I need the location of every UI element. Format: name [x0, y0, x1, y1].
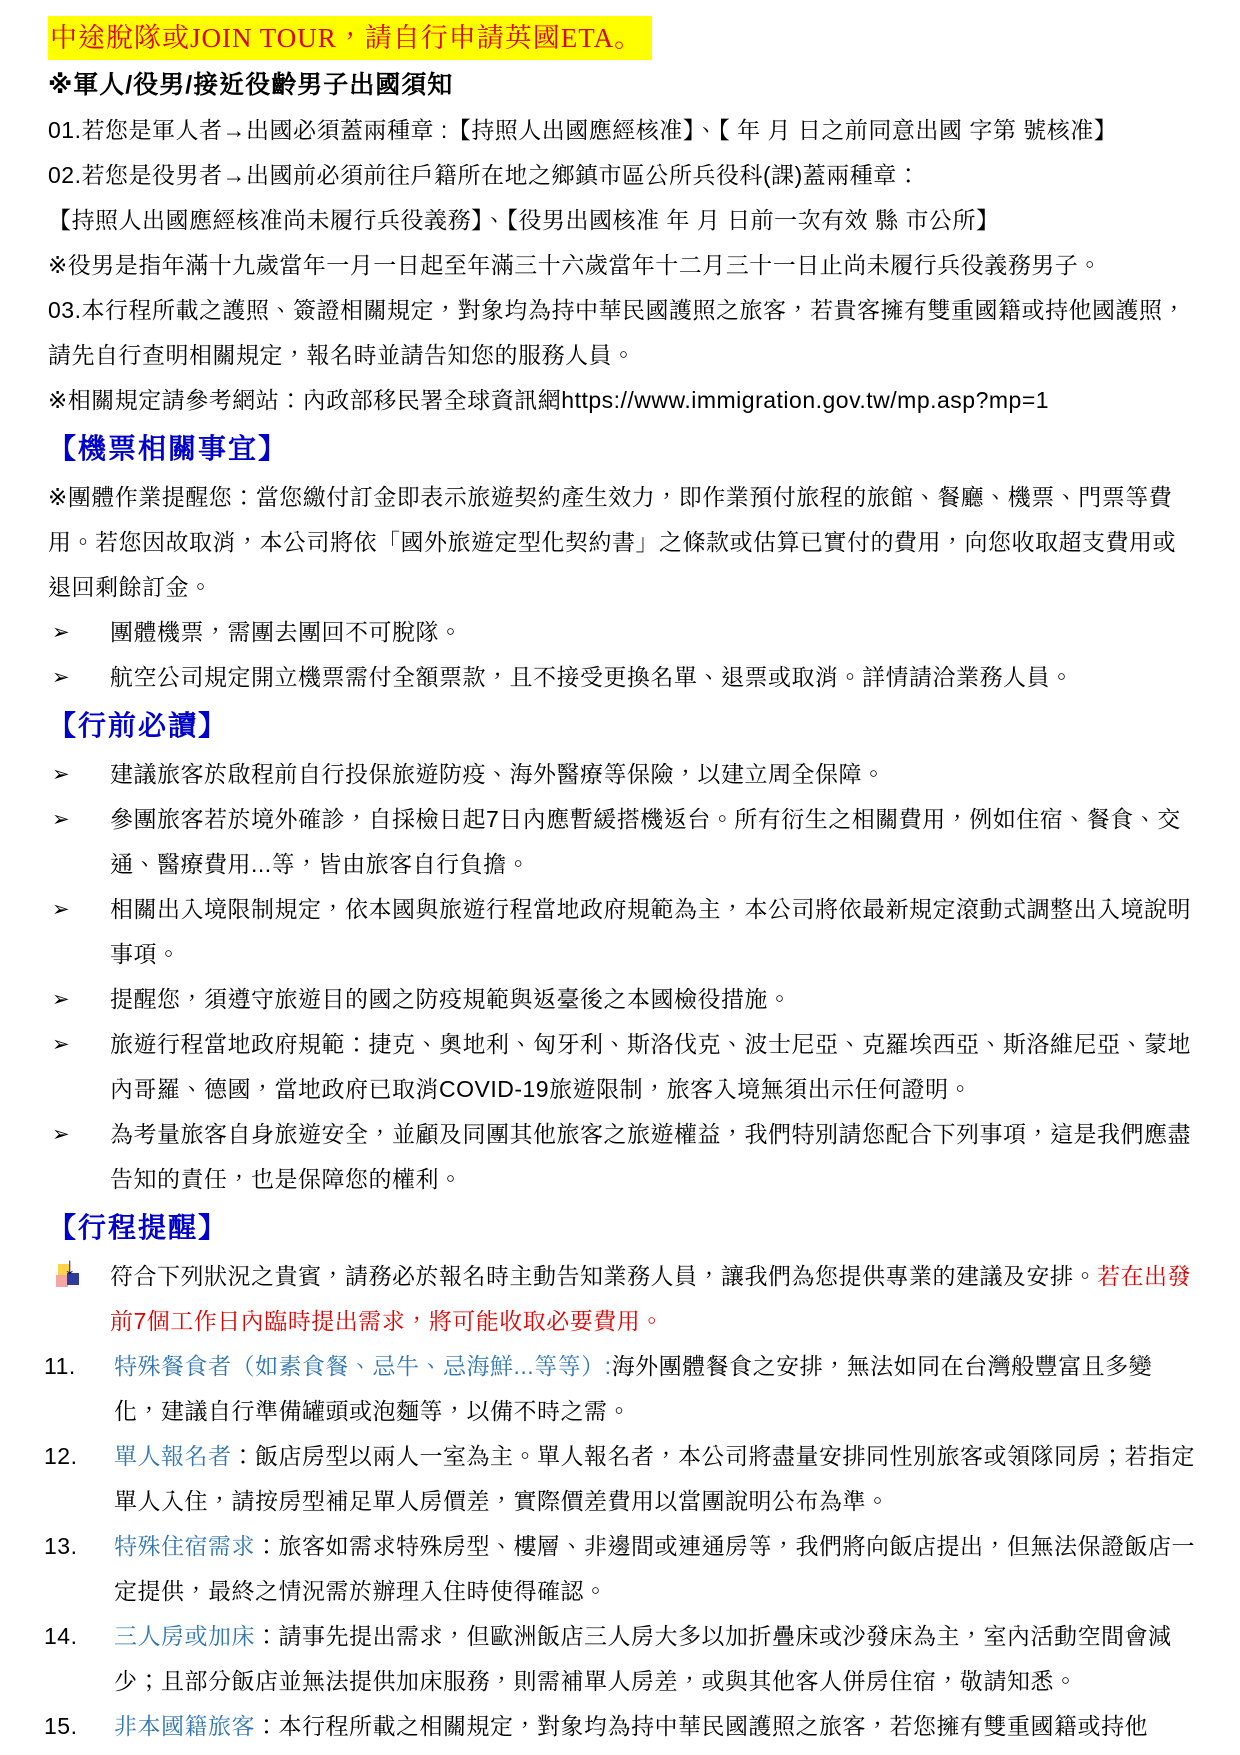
reminder-item-14-text: ：請事先提出需求，但歐洲飯店三人房大多以加折疊床或沙發床為主，室內活動空間會減少…	[114, 1623, 1172, 1694]
arrow-bullet-icon: ➢	[52, 1112, 70, 1157]
reminders-notice: ↓ 符合下列狀況之貴賓，請務必於報名時主動告知業務人員，讓我們為您提供專業的建議…	[48, 1254, 1198, 1344]
reminder-item-11-number: 11.	[44, 1344, 76, 1389]
reminder-item-15-label: 非本國籍旅客	[114, 1713, 255, 1739]
reminder-item-14-label: 三人房或加床	[114, 1623, 255, 1649]
predeparture-bullet-3: ➢ 相關出入境限制規定，依本國與旅遊行程當地政府規範為主，本公司將依最新規定滾動…	[48, 887, 1198, 977]
reminder-item-15: 15. 非本國籍旅客：本行程所載之相關規定，對象均為持中華民國護照之旅客，若您擁…	[48, 1704, 1198, 1749]
reminder-item-14: 14. 三人房或加床：請事先提出需求，但歐洲飯店三人房大多以加折疊床或沙發床為主…	[48, 1614, 1198, 1704]
arrow-bullet-icon: ➢	[52, 655, 70, 700]
arrow-bullet-icon: ➢	[52, 752, 70, 797]
predeparture-section-heading: 【行前必讀】	[48, 700, 1198, 752]
military-para-04: ※役男是指年滿十九歲當年一月一日起至年滿三十六歲當年十二月三十一日止尚未履行兵役…	[48, 243, 1198, 288]
predeparture-bullet-1: ➢ 建議旅客於啟程前自行投保旅遊防疫、海外醫療等保險，以建立周全保障。	[48, 752, 1198, 797]
military-section-heading: ※軍人/役男/接近役齡男子出國須知	[48, 64, 1198, 106]
predeparture-bullet-1-text: 建議旅客於啟程前自行投保旅遊防疫、海外醫療等保險，以建立周全保障。	[110, 761, 886, 787]
reminder-item-13-text: ：旅客如需求特殊房型、樓層、非邊間或連通房等，我們將向飯店提出，但無法保證飯店一…	[114, 1533, 1195, 1604]
predeparture-bullet-5: ➢ 旅遊行程當地政府規範：捷克、奧地利、匈牙利、斯洛伐克、波士尼亞、克羅埃西亞、…	[48, 1022, 1198, 1112]
reminder-item-15-text: ：本行程所載之相關規定，對象均為持中華民國護照之旅客，若您擁有雙重國籍或持他	[255, 1713, 1148, 1739]
ticket-bullet-1: ➢ 團體機票，需團去團回不可脫隊。	[48, 610, 1198, 655]
reminder-item-13: 13. 特殊住宿需求：旅客如需求特殊房型、樓層、非邊間或連通房等，我們將向飯店提…	[48, 1524, 1198, 1614]
ticket-bullet-2: ➢ 航空公司規定開立機票需付全額票款，且不接受更換名單、退票或取消。詳情請洽業務…	[48, 655, 1198, 700]
reminder-item-12-text: ：飯店房型以兩人一室為主。單人報名者，本公司將盡量安排同性別旅客或領隊同房；若指…	[114, 1443, 1195, 1514]
ticket-intro-para: ※團體作業提醒您：當您繳付訂金即表示旅遊契約產生效力，即作業預付旅程的旅館、餐廳…	[48, 475, 1198, 610]
reminders-section-heading: 【行程提醒】	[48, 1202, 1198, 1254]
reminder-item-13-label: 特殊住宿需求	[114, 1533, 255, 1559]
ticket-bullet-1-text: 團體機票，需團去團回不可脫隊。	[110, 619, 463, 645]
ticket-bullet-2-text: 航空公司規定開立機票需付全額票款，且不接受更換名單、退票或取消。詳情請洽業務人員…	[110, 664, 1074, 690]
predeparture-bullet-4: ➢ 提醒您，須遵守旅遊目的國之防疫規範與返臺後之本國檢役措施。	[48, 977, 1198, 1022]
arrow-bullet-icon: ➢	[52, 977, 70, 1022]
arrow-bullet-icon: ➢	[52, 1022, 70, 1067]
predeparture-bullet-2-text: 參團旅客若於境外確診，自採檢日起7日內應暫緩搭機返台。所有衍生之相關費用，例如住…	[110, 806, 1181, 877]
military-para-02: 02.若您是役男者→出國前必須前往戶籍所在地之鄉鎮市區公所兵役科(課)蓋兩種章：	[48, 153, 1198, 198]
eta-banner: 中途脫隊或JOIN TOUR，請自行申請英國ETA。	[48, 16, 652, 60]
arrow-bullet-icon: ➢	[52, 610, 70, 655]
military-para-05: 03.本行程所載之護照、簽證相關規定，對象均為持中華民國護照之旅客，若貴客擁有雙…	[48, 288, 1198, 378]
reminder-item-15-number: 15.	[44, 1704, 77, 1749]
military-para-03: 【持照人出國應經核准尚未履行兵役義務】、【役男出國核准 年 月 日前一次有效 縣…	[48, 198, 1198, 243]
military-para-01: 01.若您是軍人者→出國必須蓋兩種章 :【持照人出國應經核准】、【 年 月 日之…	[48, 108, 1198, 153]
reminder-item-11: 11. 特殊餐食者（如素食餐、忌牛、忌海鮮...等等）:海外團體餐食之安排，無法…	[48, 1344, 1198, 1434]
predeparture-bullet-4-text: 提醒您，須遵守旅遊目的國之防疫規範與返臺後之本國檢役措施。	[110, 986, 792, 1012]
reminder-item-13-number: 13.	[44, 1524, 77, 1569]
arrow-bullet-icon: ➢	[52, 797, 70, 842]
predeparture-bullet-3-text: 相關出入境限制規定，依本國與旅遊行程當地政府規範為主，本公司將依最新規定滾動式調…	[110, 896, 1191, 967]
down-arrow-icon: ↓	[56, 1264, 82, 1290]
military-para-06-immigration-url: ※相關規定請參考網站：內政部移民署全球資訊網https://www.immigr…	[48, 378, 1198, 423]
reminders-notice-text: 符合下列狀況之貴賓，請務必於報名時主動告知業務人員，讓我們為您提供專業的建議及安…	[110, 1263, 1097, 1289]
reminder-item-12-label: 單人報名者	[114, 1443, 232, 1469]
reminder-item-14-number: 14.	[44, 1614, 77, 1659]
reminder-item-12-number: 12.	[44, 1434, 77, 1479]
predeparture-bullet-6-text: 為考量旅客自身旅遊安全，並顧及同團其他旅客之旅遊權益，我們特別請您配合下列事項，…	[110, 1121, 1191, 1192]
ticket-section-heading: 【機票相關事宜】	[48, 423, 1198, 475]
arrow-bullet-icon: ➢	[52, 887, 70, 932]
reminder-item-11-label: 特殊餐食者（如素食餐、忌牛、忌海鮮...等等）:	[114, 1353, 612, 1379]
document-page: 中途脫隊或JOIN TOUR，請自行申請英國ETA。 ※軍人/役男/接近役齡男子…	[0, 0, 1240, 1755]
predeparture-bullet-5-text: 旅遊行程當地政府規範：捷克、奧地利、匈牙利、斯洛伐克、波士尼亞、克羅埃西亞、斯洛…	[110, 1031, 1191, 1102]
predeparture-bullet-2: ➢ 參團旅客若於境外確診，自採檢日起7日內應暫緩搭機返台。所有衍生之相關費用，例…	[48, 797, 1198, 887]
predeparture-bullet-6: ➢ 為考量旅客自身旅遊安全，並顧及同團其他旅客之旅遊權益，我們特別請您配合下列事…	[48, 1112, 1198, 1202]
reminder-item-12: 12. 單人報名者：飯店房型以兩人一室為主。單人報名者，本公司將盡量安排同性別旅…	[48, 1434, 1198, 1524]
